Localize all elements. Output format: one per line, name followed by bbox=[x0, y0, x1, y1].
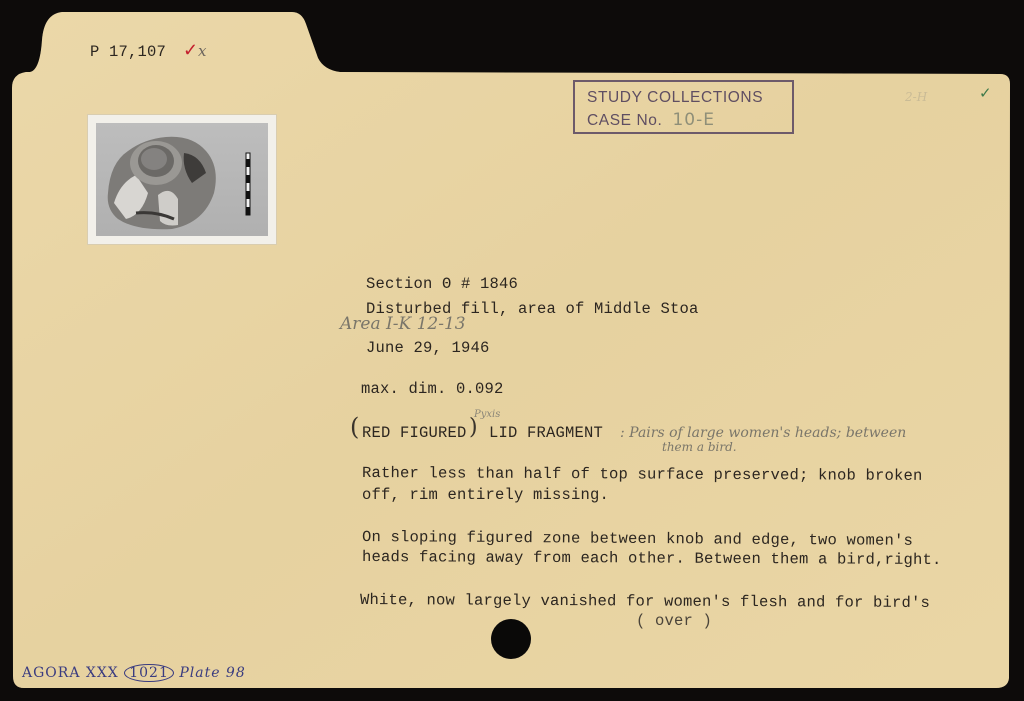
object-title-part2: LID FRAGMENT bbox=[489, 424, 603, 442]
description-para2-line2: heads facing away from each other. Betwe… bbox=[362, 548, 942, 569]
description-para1-line1: Rather less than half of top surface pre… bbox=[362, 464, 923, 485]
over-note: ( over ) bbox=[636, 612, 712, 630]
artifact-photo bbox=[88, 115, 276, 244]
green-check-icon: ✓ bbox=[979, 84, 992, 102]
case-label: CASE No. bbox=[587, 112, 662, 129]
pencil-pyxis-insert: Pyxis bbox=[474, 409, 500, 420]
stamp-title: STUDY COLLECTIONS bbox=[587, 89, 763, 107]
pencil-area-note: Area I-K 12-13 bbox=[340, 314, 466, 334]
pencil-description-line2: them a bird. bbox=[662, 440, 737, 454]
pencil-note-top-right: 2-H bbox=[905, 90, 927, 104]
punch-hole bbox=[491, 619, 531, 659]
stamp-case-line: CASE No.10-E bbox=[587, 110, 715, 130]
check-x-mark: x bbox=[198, 42, 206, 60]
description-para3-line1: White, now largely vanished for women's … bbox=[360, 591, 930, 612]
pyxis-fragment-image bbox=[96, 123, 268, 236]
section-number: Section Θ # 1846 bbox=[366, 275, 518, 293]
object-title-part1: RED FIGURED bbox=[362, 424, 467, 442]
paren-open: ( bbox=[350, 413, 359, 441]
case-number: 10-E bbox=[672, 110, 715, 130]
catalog-number: P 17,107 bbox=[90, 43, 166, 61]
pencil-description-line1: : Pairs of large women's heads; between bbox=[620, 425, 906, 441]
plate-number: Plate 98 bbox=[179, 665, 245, 681]
study-collections-stamp: STUDY COLLECTIONS CASE No.10-E bbox=[573, 80, 794, 134]
max-dimension: max. dim. 0.092 bbox=[361, 380, 504, 398]
description-para1-line2: off, rim entirely missing. bbox=[362, 486, 609, 504]
publication-reference: AGORA XXX 1021 Plate 98 bbox=[22, 665, 246, 681]
photo-image bbox=[96, 123, 268, 236]
find-date: June 29, 1946 bbox=[366, 339, 490, 357]
circled-catalog-number: 1021 bbox=[124, 664, 174, 682]
description-para2-line1: On sloping figured zone between knob and… bbox=[362, 528, 913, 550]
publication-name: AGORA XXX bbox=[22, 665, 119, 681]
red-check-icon: ✓ bbox=[183, 40, 198, 61]
